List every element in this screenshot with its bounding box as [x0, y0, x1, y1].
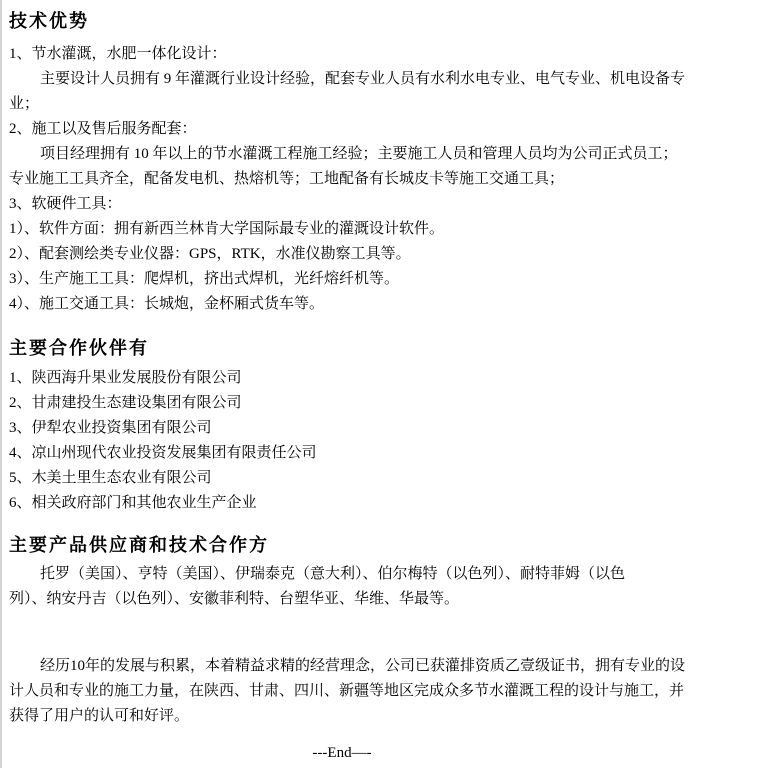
partner-list-item: 4、凉山州现代农业投资发展集团有限责任公司 — [9, 441, 700, 466]
text-line: 托罗（美国）、亨特（美国）、伊瑞泰克（意大利）、伯尔梅特（以色列）、耐特菲姆（以… — [9, 562, 700, 587]
partner-list-item: 2、甘肃建投生态建设集团有限公司 — [9, 391, 700, 416]
partner-list-item: 6、相关政府部门和其他农业生产企业 — [9, 491, 700, 516]
page-left-edge — [0, 0, 2, 768]
text-line: 专业施工工具齐全，配备发电机、热熔机等；工地配备有长城皮卡等施工交通工具； — [9, 167, 700, 192]
section-heading-main-partners: 主要合作伙伴有 — [9, 335, 700, 361]
text-line: 4）、施工交通工具：长城炮，金杯厢式货车等。 — [9, 292, 700, 317]
text-line: 项目经理拥有 10 年以上的节水灌溉工程施工经验；主要施工人员和管理人员均为公司… — [9, 142, 700, 167]
text-line: 2、施工以及售后服务配套： — [9, 117, 700, 142]
text-line: 获得了用户的认可和好评。 — [9, 704, 700, 729]
text-line: 业； — [9, 92, 700, 117]
text-line: 3）、生产施工工具：爬焊机，挤出式焊机，光纤熔纤机等。 — [9, 267, 700, 292]
text-line: 1）、软件方面：拥有新西兰林肯大学国际最专业的灌溉设计软件。 — [9, 217, 700, 242]
section-heading-suppliers-tech-partners: 主要产品供应商和技术合作方 — [9, 532, 700, 558]
text-line: 计人员和专业的施工力量，在陕西、甘肃、四川、新疆等地区完成众多节水灌溉工程的设计… — [9, 679, 700, 704]
document-content: 技术优势 1、节水灌溉，水肥一体化设计： 主要设计人员拥有 9 年灌溉行业设计经… — [0, 0, 700, 766]
text-line: 2）、配套测绘类专业仪器：GPS，RTK，水准仪勘察工具等。 — [9, 242, 700, 267]
partner-list-item: 1、陕西海升果业发展股份有限公司 — [9, 366, 700, 391]
text-line: 3、软硬件工具： — [9, 192, 700, 217]
text-line: 列）、纳安丹吉（以色列）、安徽菲利特、台塑华亚、华维、华最等。 — [9, 587, 700, 612]
section-heading-technical-advantages: 技术优势 — [9, 8, 700, 34]
text-line: 1、节水灌溉，水肥一体化设计： — [9, 42, 700, 67]
partner-list-item: 5、木美土里生态农业有限公司 — [9, 466, 700, 491]
end-marker: ---End—- — [9, 741, 675, 766]
text-line: 主要设计人员拥有 9 年灌溉行业设计经验，配套专业人员有水利水电专业、电气专业、… — [9, 67, 700, 92]
closing-paragraph: 经历10年的发展与积累，本着精益求精的经营理念，公司已获灌排资质乙壹级证书，拥有… — [9, 654, 700, 729]
partner-list-item: 3、伊犁农业投资集团有限公司 — [9, 416, 700, 441]
text-line: 经历10年的发展与积累，本着精益求精的经营理念，公司已获灌排资质乙壹级证书，拥有… — [9, 654, 700, 679]
